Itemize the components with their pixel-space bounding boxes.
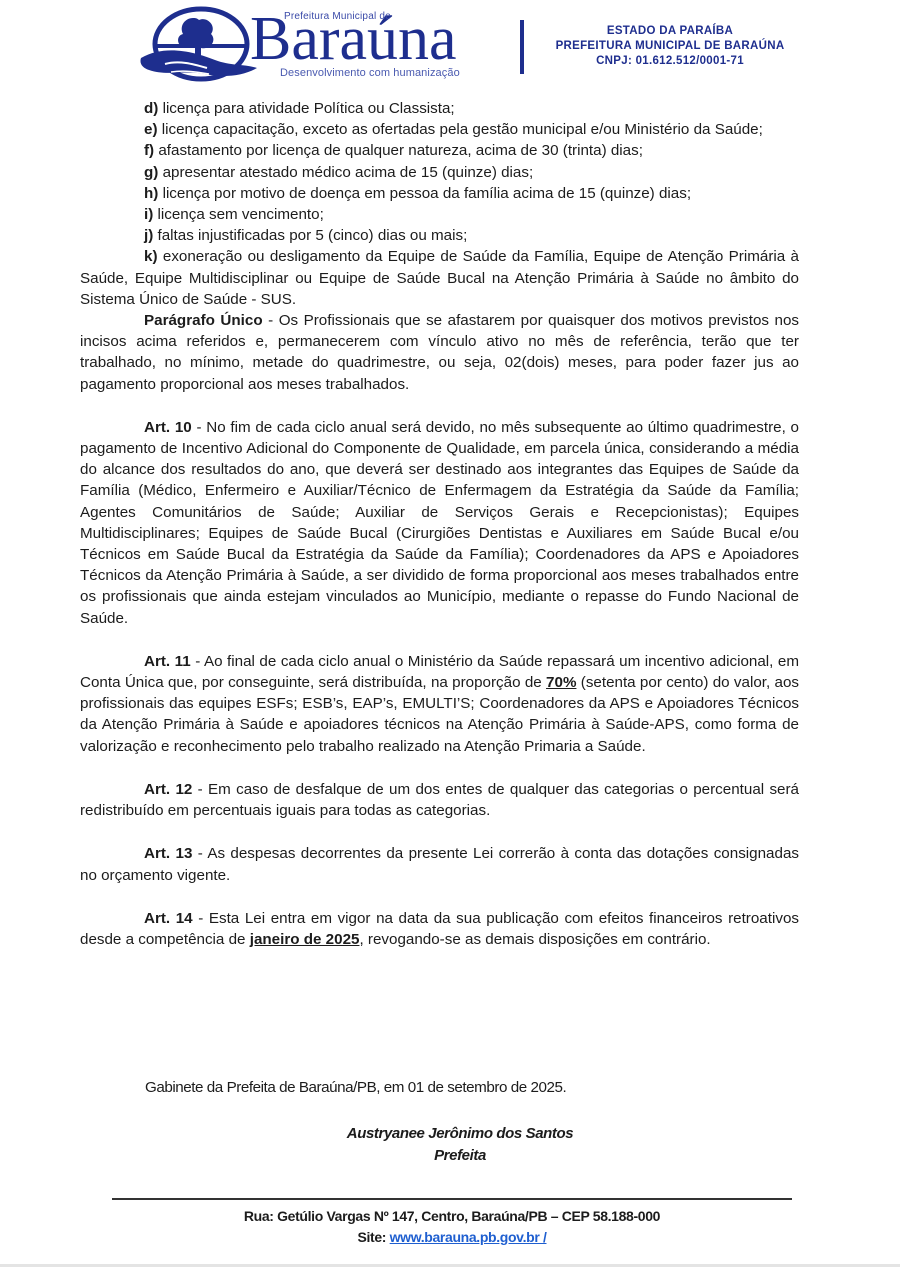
paragrafo-unico: Parágrafo Único - Os Profissionais que s… — [80, 310, 799, 395]
item-k: k) exoneração ou desligamento da Equipe … — [80, 246, 799, 310]
cnpj-line: CNPJ: 01.612.512/0001-71 — [530, 54, 810, 69]
item-j: j) faltas injustificadas por 5 (cinco) d… — [80, 225, 799, 246]
footer-site: Site: www.barauna.pb.gov.br / — [112, 1227, 792, 1248]
item-e: e) licença capacitação, exceto as oferta… — [80, 119, 799, 140]
document-body: d) licença para atividade Política ou Cl… — [80, 98, 799, 950]
item-i: i) licença sem vencimento; — [80, 204, 799, 225]
signatory-name: Austryanee Jerônimo dos Santos — [300, 1123, 620, 1145]
state-info: ESTADO DA PARAÍBA PREFEITURA MUNICIPAL D… — [530, 24, 810, 69]
item-d: d) licença para atividade Política ou Cl… — [80, 98, 799, 119]
item-g: g) apresentar atestado médico acima de 1… — [80, 162, 799, 183]
signatory-title: Prefeita — [300, 1145, 620, 1167]
header-divider — [520, 20, 524, 74]
article-13: Art. 13 - As despesas decorrentes da pre… — [80, 843, 799, 885]
article-12: Art. 12 - Em caso de desfalque de um dos… — [80, 779, 799, 821]
item-f: f) afastamento por licença de qualquer n… — [80, 140, 799, 161]
footer: Rua: Getúlio Vargas Nº 147, Centro, Bara… — [112, 1206, 792, 1248]
footer-address: Rua: Getúlio Vargas Nº 147, Centro, Bara… — [112, 1206, 792, 1227]
prefeitura-line: PREFEITURA MUNICIPAL DE BARAÚNA — [530, 39, 810, 54]
municipal-emblem-icon — [135, 4, 263, 82]
site-link[interactable]: www.barauna.pb.gov.br / — [390, 1229, 547, 1245]
article-14: Art. 14 - Esta Lei entra em vigor na dat… — [80, 908, 799, 950]
brand-top-line: Prefeitura Municipal de — [284, 11, 391, 22]
closing-line: Gabinete da Prefeita de Baraúna/PB, em 0… — [145, 1079, 566, 1096]
page-edge — [0, 1264, 900, 1267]
brand-tagline: Desenvolvimento com humanização — [280, 67, 460, 79]
signature-block: Austryanee Jerônimo dos Santos Prefeita — [300, 1123, 620, 1167]
article-11: Art. 11 - Ao final de cada ciclo anual o… — [80, 651, 799, 757]
percentage-highlight: 70% — [546, 674, 576, 691]
footer-divider — [112, 1198, 792, 1200]
state-line: ESTADO DA PARAÍBA — [530, 24, 810, 39]
item-h: h) licença por motivo de doença em pesso… — [80, 183, 799, 204]
brand-wordmark: Baraúna Prefeitura Municipal de Desenvol… — [250, 2, 510, 82]
article-10: Art. 10 - No fim de cada ciclo anual ser… — [80, 417, 799, 629]
date-highlight: janeiro de 2025 — [250, 931, 360, 948]
letterhead: Baraúna Prefeitura Municipal de Desenvol… — [0, 0, 900, 90]
